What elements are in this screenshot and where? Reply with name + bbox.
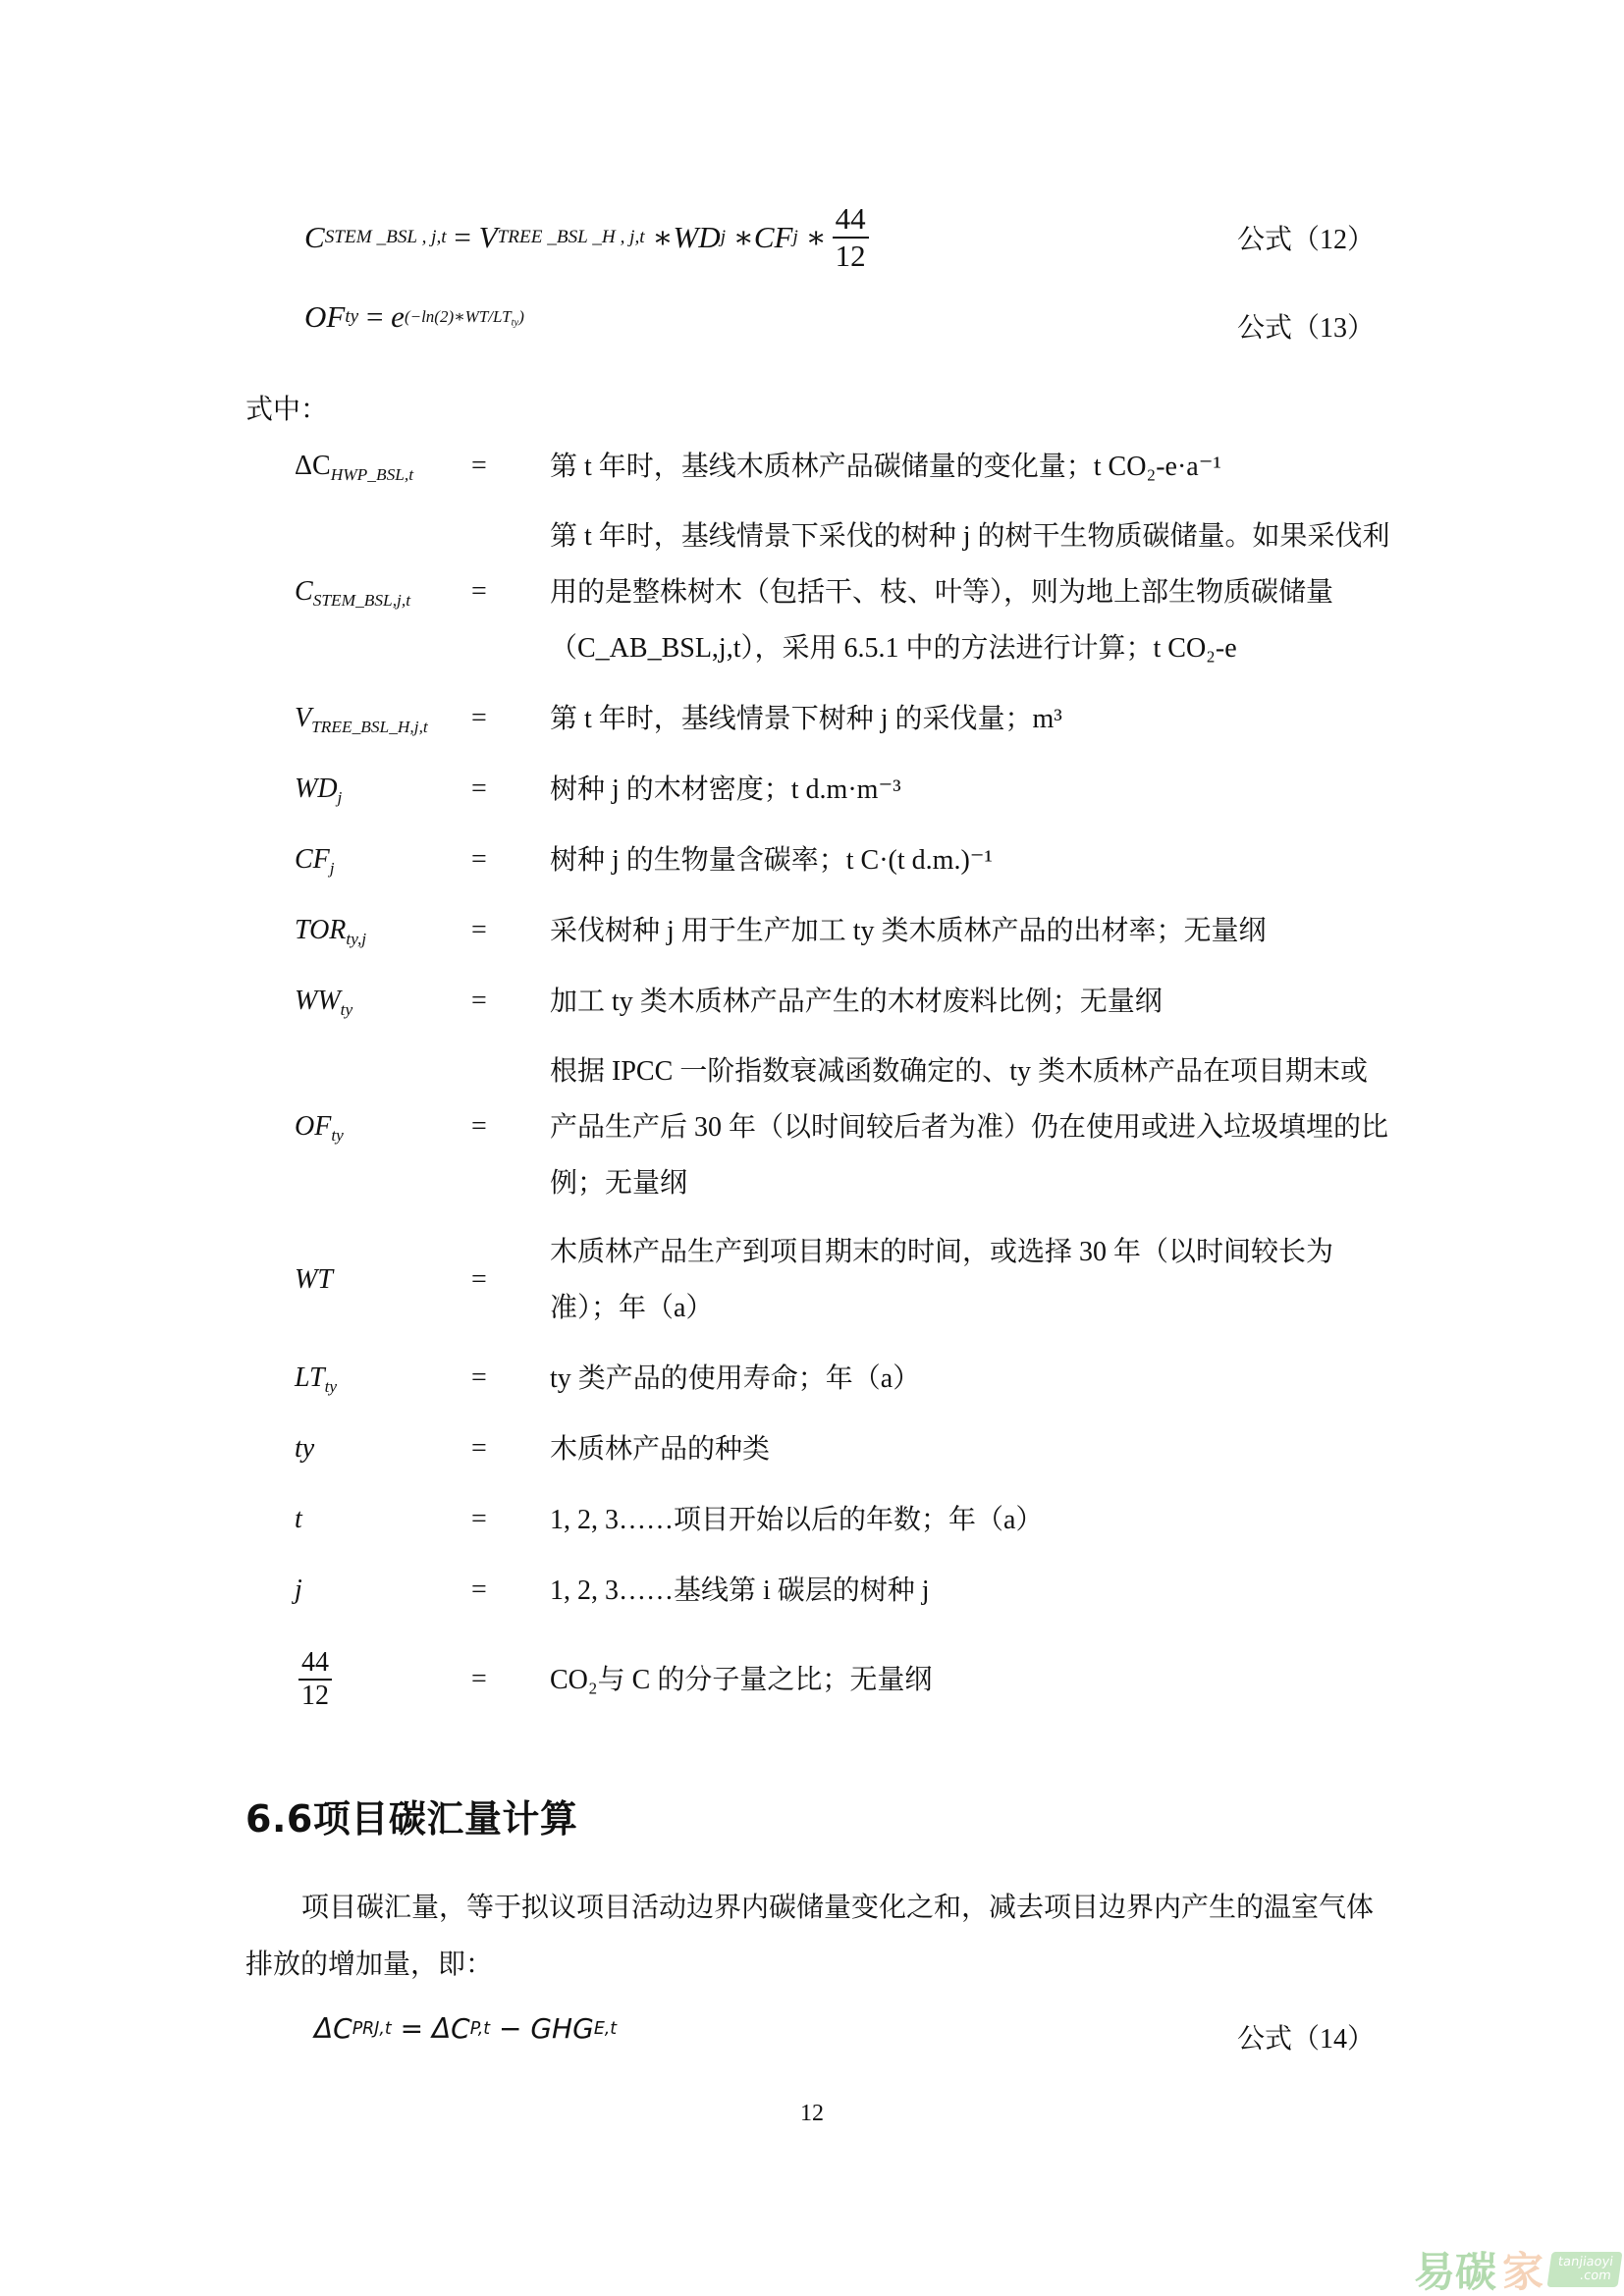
definition-row: ΔCHWP_BSL,t = 第 t 年时，基线木质林产品碳储量的变化量；t CO… <box>295 432 1394 501</box>
def-symbol-sub: ty <box>341 1000 353 1019</box>
fraction-denominator: 12 <box>298 1681 332 1712</box>
def-description: 1, 2, 3……基线第 i 碳层的树种 j <box>550 1563 1394 1619</box>
equation-14: ΔCPRJ,t = ΔCP,t − GHGE,t <box>314 2012 617 2045</box>
eq14-term1: ΔC <box>432 2012 470 2045</box>
def-symbol: t <box>295 1504 302 1534</box>
eq13-exponent-close: ) <box>518 307 524 326</box>
equation-12-label: 公式（12） <box>1237 218 1375 257</box>
def-symbol: WT <box>295 1264 333 1295</box>
def-description: 树种 j 的木材密度；t d.m·m⁻³ <box>550 762 1394 818</box>
def-symbol: WW <box>295 986 341 1016</box>
where-label: 式中： <box>245 388 328 427</box>
eq12-lhs: C <box>304 220 325 255</box>
def-fraction: 44 12 <box>298 1647 332 1712</box>
badge-line-2: .com <box>1579 2269 1612 2283</box>
def-symbol: TOR <box>295 915 346 945</box>
def-equals: = <box>471 844 550 876</box>
def-description: ty 类产品的使用寿命；年（a） <box>550 1351 1394 1407</box>
definition-row: WDj = 树种 j 的木材密度；t d.m·m⁻³ <box>295 754 1394 825</box>
def-symbol-sub: HWP_BSL,t <box>331 465 413 484</box>
fraction-numerator: 44 <box>298 1647 332 1681</box>
watermark-logo: 易碳家 tanjiaoyi .com <box>1414 2240 1620 2296</box>
def-equals: = <box>471 576 550 608</box>
definition-row: VTREE_BSL_H,j,t = 第 t 年时，基线情景下树种 j 的采伐量；… <box>295 683 1394 754</box>
def-equals: = <box>471 774 550 805</box>
equation-13-label: 公式（13） <box>1237 306 1375 346</box>
eq12-fraction: 44 12 <box>833 201 869 273</box>
def-symbol: ΔC <box>295 451 331 481</box>
equation-13: OFty = e(−ln(2)∗WT/LTty) <box>304 299 524 335</box>
def-symbol-sub: j <box>330 859 335 878</box>
watermark-text-orange: 家 <box>1502 2240 1543 2296</box>
definition-row: LTty = ty 类产品的使用寿命；年（a） <box>295 1343 1394 1414</box>
eq13-lhs: OF <box>304 299 345 335</box>
eq12-cf: CF <box>754 220 793 255</box>
page-number: 12 <box>0 2101 1624 2127</box>
def-description: 木质林产品的种类 <box>550 1421 1394 1477</box>
def-symbol-sub: TREE_BSL_H,j,t <box>311 718 428 736</box>
def-symbol: LT <box>295 1362 325 1393</box>
def-equals: = <box>471 703 550 734</box>
section-heading: 6.6项目碳汇量计算 <box>245 1789 577 1842</box>
definition-row: j = 1, 2, 3……基线第 i 碳层的树种 j <box>295 1555 1394 1626</box>
badge-line-1: tanjiaoyi <box>1557 2255 1614 2269</box>
def-symbol-sub: ty <box>325 1377 338 1396</box>
equation-12: CSTEM _BSL , j,t = VTREE _BSL _H , j,t ∗… <box>304 201 869 273</box>
def-equals: = <box>471 1433 550 1465</box>
fraction-numerator: 44 <box>833 201 869 239</box>
def-description: 根据 IPCC 一阶指数衰减函数确定的、ty 类木质林产品在项目期末或产品生产后… <box>550 1043 1394 1211</box>
def-symbol: j <box>295 1575 302 1605</box>
eq14-term2: GHG <box>530 2012 593 2045</box>
def-symbol-sub: STEM_BSL,j,t <box>313 591 410 610</box>
def-equals: = <box>471 986 550 1017</box>
definition-row: ty = 木质林产品的种类 <box>295 1414 1394 1484</box>
definition-row: TORty,j = 采伐树种 j 用于生产加工 ty 类木质林产品的出材率；无量… <box>295 895 1394 966</box>
def-symbol-sub: ty <box>331 1126 344 1145</box>
def-description: 第 t 年时，基线情景下采伐的树种 j 的树干生物质碳储量。如果采伐利用的是整株… <box>550 508 1394 676</box>
fraction-denominator: 12 <box>833 239 869 274</box>
definitions-list: ΔCHWP_BSL,t = 第 t 年时，基线木质林产品碳储量的变化量；t CO… <box>295 432 1394 1734</box>
def-description: 第 t 年时，基线情景下树种 j 的采伐量；m³ <box>550 691 1394 747</box>
def-description: 树种 j 的生物量含碳率；t C·(t d.m.)⁻¹ <box>550 832 1394 888</box>
def-equals: = <box>471 915 550 946</box>
def-symbol-sub: j <box>338 788 343 807</box>
eq12-wd: WD <box>673 220 720 255</box>
def-symbol: OF <box>295 1111 331 1142</box>
definition-row: t = 1, 2, 3……项目开始以后的年数；年（a） <box>295 1484 1394 1555</box>
def-equals: = <box>471 1664 550 1695</box>
definition-row: OFty = 根据 IPCC 一阶指数衰减函数确定的、ty 类木质林产品在项目期… <box>295 1037 1394 1217</box>
eq12-v: V <box>479 220 498 255</box>
def-equals: = <box>471 1362 550 1394</box>
definition-row: CSTEM_BSL,j,t = 第 t 年时，基线情景下采伐的树种 j 的树干生… <box>295 501 1394 683</box>
definition-row: WWty = 加工 ty 类木质林产品产生的木材废料比例；无量纲 <box>295 966 1394 1037</box>
def-symbol: C <box>295 576 313 607</box>
def-description: CO₂与 C 的分子量之比；无量纲 <box>550 1652 1394 1708</box>
def-description: 1, 2, 3……项目开始以后的年数；年（a） <box>550 1492 1394 1548</box>
def-description: 采伐树种 j 用于生产加工 ty 类木质林产品的出材率；无量纲 <box>550 903 1394 959</box>
eq14-lhs: ΔC <box>314 2012 352 2045</box>
def-symbol-sub: ty,j <box>346 930 366 948</box>
def-equals: = <box>471 451 550 482</box>
def-symbol: CF <box>295 844 330 875</box>
definition-row: CFj = 树种 j 的生物量含碳率；t C·(t d.m.)⁻¹ <box>295 825 1394 895</box>
def-description: 加工 ty 类木质林产品产生的木材废料比例；无量纲 <box>550 974 1394 1030</box>
def-symbol: WD <box>295 774 338 804</box>
def-equals: = <box>471 1575 550 1606</box>
def-equals: = <box>471 1264 550 1296</box>
def-equals: = <box>471 1504 550 1535</box>
definition-row: WT = 木质林产品生产到项目期末的时间，或选择 30 年（以时间较长为准）；年… <box>295 1217 1394 1343</box>
definition-row: 44 12 = CO₂与 C 的分子量之比；无量纲 <box>295 1626 1394 1734</box>
def-symbol: ty <box>295 1433 314 1464</box>
equation-14-label: 公式（14） <box>1237 2017 1375 2056</box>
def-equals: = <box>471 1111 550 1143</box>
watermark-text-green: 易碳 <box>1414 2240 1496 2296</box>
def-description: 第 t 年时，基线木质林产品碳储量的变化量；t CO₂-e·a⁻¹ <box>550 439 1394 495</box>
document-page: CSTEM _BSL , j,t = VTREE _BSL _H , j,t ∗… <box>0 0 1624 2296</box>
def-description: 木质林产品生产到项目期末的时间，或选择 30 年（以时间较长为准）；年（a） <box>550 1224 1394 1336</box>
section-paragraph: 项目碳汇量，等于拟议项目活动边界内碳储量变化之和，减去项目边界内产生的温室气体排… <box>245 1880 1384 1994</box>
def-symbol: V <box>295 703 311 733</box>
eq13-base: e <box>391 299 405 335</box>
eq13-exponent: (−ln(2)∗WT/LT <box>405 307 512 326</box>
watermark-badge: tanjiaoyi .com <box>1547 2252 1623 2287</box>
